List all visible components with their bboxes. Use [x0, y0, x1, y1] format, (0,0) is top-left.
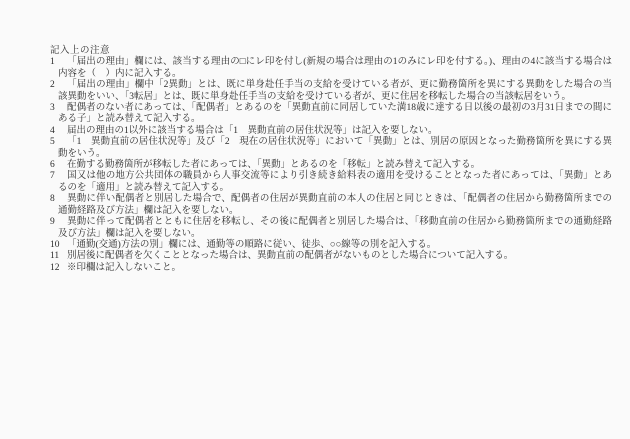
note-item: 5「1 異動直前の居住状況等」及び「2 現在の居住状況等」において「異動」とは、…	[50, 137, 612, 160]
note-number: 8	[50, 194, 67, 205]
note-number: 5	[50, 137, 67, 148]
note-item: 1「届出の理由」欄には、該当する理由の□にレ印を付し(新規の場合は理由の1のみに…	[50, 57, 612, 80]
note-text: 在勤する勤務箇所が移転した者にあっては、「異動」とあるのを「移転」と読み替えて記…	[67, 160, 480, 170]
note-text: 別居後に配偶者を欠くこととなった場合は、異動直前の配偶者がないものとした場合につ…	[67, 251, 513, 261]
note-text: 異動に伴い配偶者と別居した場合で、配偶者の住居が異動直前の本人の住居と同じときは…	[58, 194, 612, 215]
note-item: 7国又は他の地方公共団体の職員から人事交流等により引き続き給料表の適用を受けるこ…	[50, 171, 612, 194]
note-text: 届出の理由の1以外に該当する場合は「1 異動直前の居住状況等」は記入を要しない。	[67, 126, 438, 136]
note-text: 異動に伴って配偶者とともに住居を移転し、その後に配偶者と別居した場合は、「移動直…	[58, 217, 612, 238]
note-item: 12※印欄は記入しないこと。	[50, 263, 612, 274]
note-number: 6	[50, 160, 67, 171]
note-number: 9	[50, 217, 67, 228]
note-item: 6在勤する勤務箇所が移転した者にあっては、「異動」とあるのを「移転」と読み替えて…	[50, 160, 612, 171]
note-item: 11別居後に配偶者を欠くこととなった場合は、異動直前の配偶者がないものとした場合…	[50, 251, 612, 262]
note-item: 8異動に伴い配偶者と別居した場合で、配偶者の住居が異動直前の本人の住居と同じとき…	[50, 194, 612, 217]
note-number: 1	[50, 57, 67, 68]
note-text: 「1 異動直前の居住状況等」及び「2 現在の居住状況等」において「異動」とは、別…	[58, 137, 612, 158]
note-item: 2「届出の理由」欄中「2異動」とは、既に単身赴任手当の支給を受けている者が、更に…	[50, 80, 612, 103]
note-text: 配偶者のない者にあっては、「配偶者」とあるのを「異動直前に同居していた満18歳に…	[58, 103, 612, 124]
note-number: 11	[50, 251, 67, 262]
note-text: 「届出の理由」欄中「2異動」とは、既に単身赴任手当の支給を受けている者が、更に勤…	[58, 80, 612, 101]
page-title: 記入上の注意	[50, 46, 612, 57]
note-number: 7	[50, 171, 67, 182]
note-text: 「通勤(交通)方法の別」欄には、通勤等の順路に従い、徒歩、○○線等の別を記入する…	[67, 240, 436, 250]
notes-list: 1「届出の理由」欄には、該当する理由の□にレ印を付し(新規の場合は理由の1のみに…	[50, 57, 612, 274]
note-item: 10「通勤(交通)方法の別」欄には、通勤等の順路に従い、徒歩、○○線等の別を記入…	[50, 240, 612, 251]
note-item: 9異動に伴って配偶者とともに住居を移転し、その後に配偶者と別居した場合は、「移動…	[50, 217, 612, 240]
note-text: 「届出の理由」欄には、該当する理由の□にレ印を付し(新規の場合は理由の1のみにレ…	[58, 57, 612, 78]
note-item: 3配偶者のない者にあっては、「配偶者」とあるのを「異動直前に同居していた満18歳…	[50, 103, 612, 126]
note-item: 4届出の理由の1以外に該当する場合は「1 異動直前の居住状況等」は記入を要しない…	[50, 126, 612, 137]
document-page: 記入上の注意 1「届出の理由」欄には、該当する理由の□にレ印を付し(新規の場合は…	[0, 0, 630, 439]
note-text: ※印欄は記入しないこと。	[67, 263, 181, 273]
note-number: 2	[50, 80, 67, 91]
note-number: 10	[50, 240, 67, 251]
note-number: 12	[50, 263, 67, 274]
note-number: 4	[50, 126, 67, 137]
note-number: 3	[50, 103, 67, 114]
note-text: 国又は他の地方公共団体の職員から人事交流等により引き続き給料表の適用を受けること…	[58, 171, 612, 192]
